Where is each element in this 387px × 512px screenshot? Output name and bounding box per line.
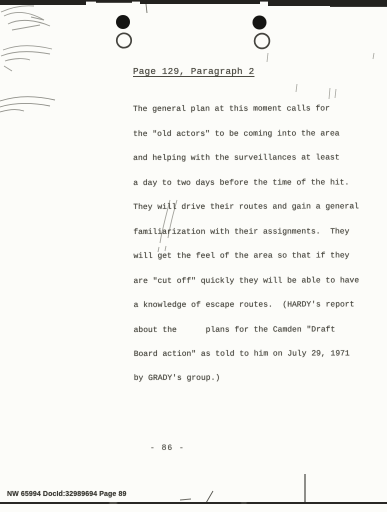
archive-footer-stamp: NW 65994 DocId:32989694 Page 89 bbox=[7, 491, 126, 498]
document-heading: Page 129, Paragraph 2 bbox=[133, 66, 254, 77]
bottom-scan-line bbox=[0, 502, 387, 504]
hole-punch-dot-right bbox=[253, 16, 267, 30]
scanned-document-page: Page 129, Paragraph 2 The general plan a… bbox=[0, 0, 387, 512]
pen-scribbles-top-left bbox=[1, 6, 52, 71]
body-line: and helping with the surveillances at le… bbox=[133, 155, 359, 164]
page-number: - 86 - bbox=[150, 444, 185, 453]
body-line: familiarization with their assignments. … bbox=[133, 228, 359, 237]
hole-punch-ring-right bbox=[255, 34, 270, 49]
body-line: are "cut off" quickly they will be able … bbox=[133, 277, 359, 286]
hole-punch-ring-left bbox=[117, 33, 131, 47]
body-line: a knowledge of escape routes. (HARDY's r… bbox=[134, 301, 360, 310]
body-line: The general plan at this moment calls fo… bbox=[133, 106, 359, 115]
body-line: a day to two days before the time of the… bbox=[133, 179, 359, 188]
body-line: by GRADY's group.) bbox=[134, 375, 360, 384]
body-line: will get the feel of the area so that if… bbox=[133, 253, 359, 262]
document-body: The general plan at this moment calls fo… bbox=[133, 89, 359, 400]
scan-edge-artifact bbox=[0, 0, 387, 7]
dash-pen-mark bbox=[180, 499, 191, 500]
body-line: the "old actors" to be coming into the a… bbox=[133, 130, 359, 139]
scan-tick-mark bbox=[146, 4, 147, 13]
body-line: They will drive their routes and gain a … bbox=[133, 204, 359, 213]
hole-punch-dot-left bbox=[116, 15, 130, 29]
pen-scribble-left-edge bbox=[0, 97, 55, 112]
body-line: about the plans for the Camden "Draft bbox=[134, 326, 360, 335]
body-line: Board action" as told to him on July 29,… bbox=[134, 350, 360, 359]
